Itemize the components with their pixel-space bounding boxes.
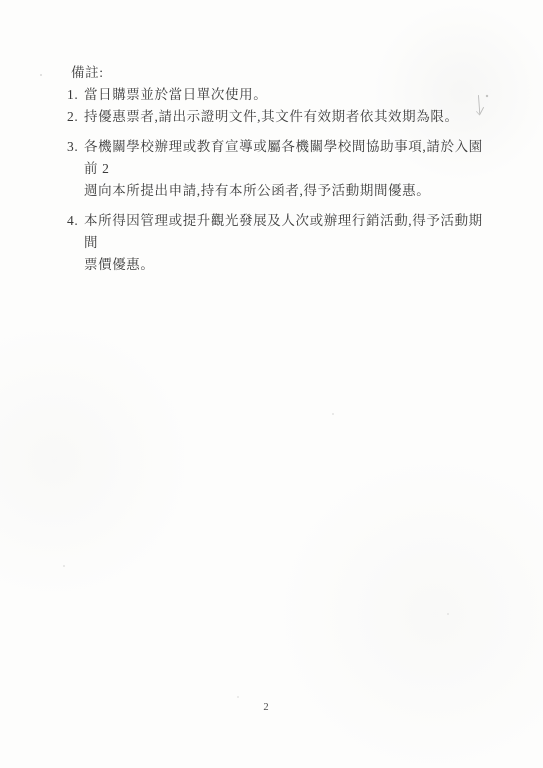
note-item-text: 本所得因管理或提升觀光發展及人次或辦理行銷活動,得予活動期間 票價優惠。 — [84, 210, 487, 276]
note-item-number: 3. — [67, 136, 84, 158]
page-number: 2 — [258, 702, 274, 713]
note-line: 週向本所提出申請,持有本所公函者,得予活動期間優惠。 — [84, 180, 487, 202]
note-item-number: 2. — [67, 106, 84, 128]
note-item-text: 當日購票並於當日單次使用。 — [84, 84, 487, 106]
notes-section: 備註: 1. 當日購票並於當日單次使用。 2. 持優惠票者,請出示證明文件,其文… — [67, 62, 487, 276]
note-item-4: 4. 本所得因管理或提升觀光發展及人次或辦理行銷活動,得予活動期間 票價優惠。 — [67, 210, 487, 276]
note-line: 當日購票並於當日單次使用。 — [84, 84, 487, 106]
note-item-text: 各機關學校辦理或教育宣導或屬各機關學校間協助事項,請於入園前 2 週向本所提出申… — [84, 136, 487, 202]
note-item-text: 持優惠票者,請出示證明文件,其文件有效期者依其效期為限。 — [84, 106, 487, 128]
note-item-number: 4. — [67, 210, 84, 232]
note-line: 票價優惠。 — [84, 254, 487, 276]
note-item-1: 1. 當日購票並於當日單次使用。 — [67, 84, 487, 106]
notes-heading: 備註: — [71, 62, 487, 84]
note-line: 本所得因管理或提升觀光發展及人次或辦理行銷活動,得予活動期間 — [84, 210, 487, 254]
note-line: 持優惠票者,請出示證明文件,其文件有效期者依其效期為限。 — [84, 106, 487, 128]
note-item-2: 2. 持優惠票者,請出示證明文件,其文件有效期者依其效期為限。 — [67, 106, 487, 128]
note-item-number: 1. — [67, 84, 84, 106]
document-page: 備註: 1. 當日購票並於當日單次使用。 2. 持優惠票者,請出示證明文件,其文… — [0, 0, 543, 768]
note-item-3: 3. 各機關學校辦理或教育宣導或屬各機關學校間協助事項,請於入園前 2 週向本所… — [67, 136, 487, 202]
pencil-check-mark-icon — [474, 95, 486, 121]
note-line: 各機關學校辦理或教育宣導或屬各機關學校間協助事項,請於入園前 2 — [84, 136, 487, 180]
